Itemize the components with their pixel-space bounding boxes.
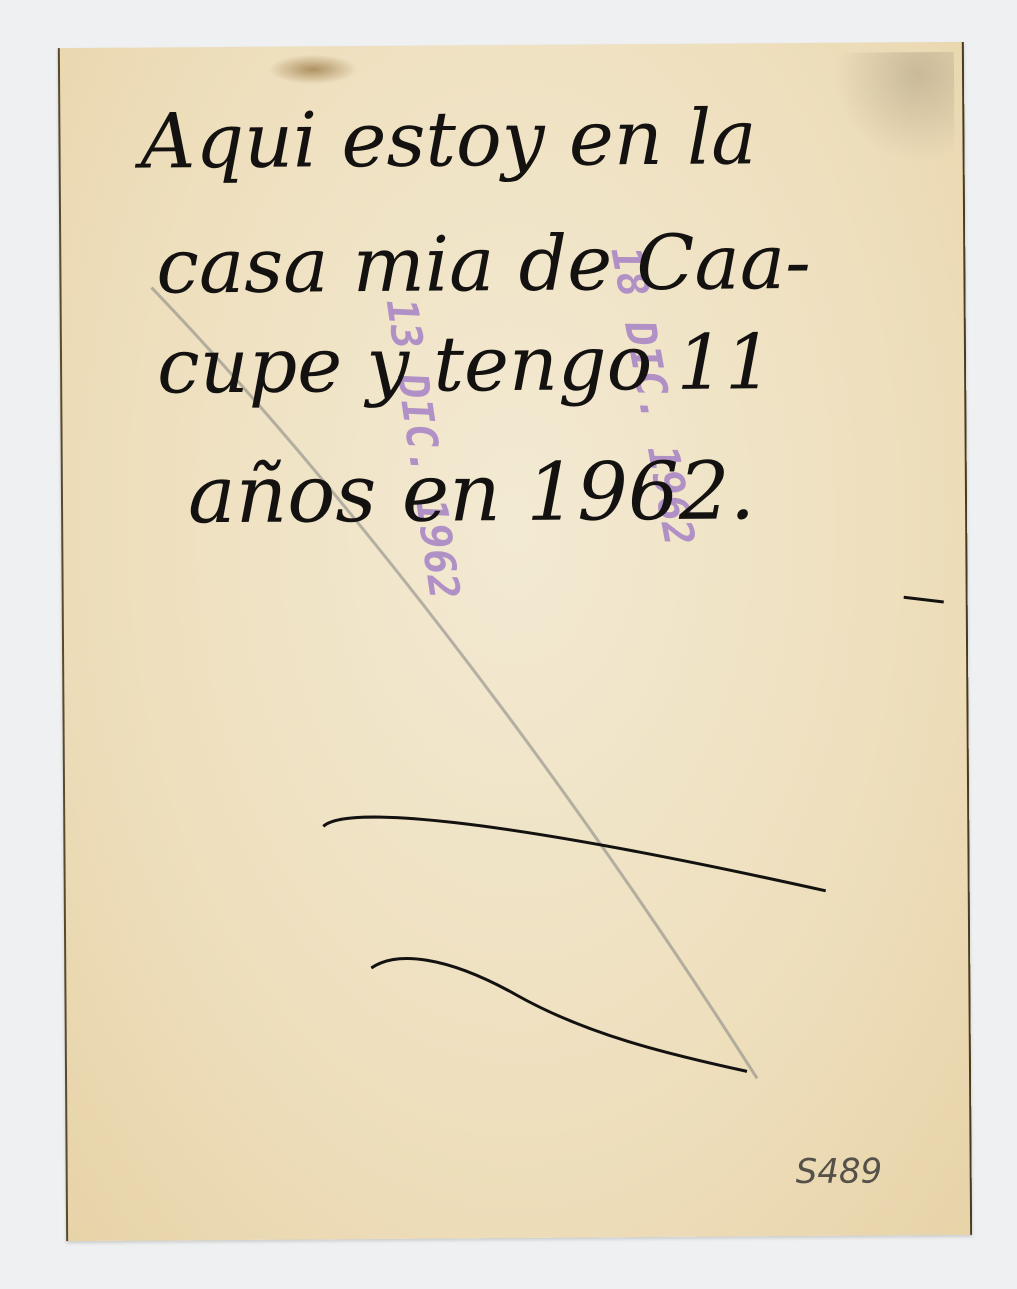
inscription-line-4: años en 1962. [188,444,756,541]
ink-dash [904,597,944,602]
photo-back-card: 13 DIC. 1962 18 DIC. 1962 Aqui estoy en … [58,42,972,1241]
catalog-number: S489 [796,1151,883,1192]
inscription-line-3: cupe y tengo 11 [157,317,774,410]
inscription-line-1: Aqui estoy en la [134,92,757,185]
ink-stroke-upper [323,814,826,894]
photo-markings: 13 DIC. 1962 18 DIC. 1962 Aqui estoy en … [60,42,972,1241]
inscription: Aqui estoy en la casa mia de Caa- cupe y… [134,92,813,542]
inscription-line-2: casa mia de Caa- [156,217,811,311]
